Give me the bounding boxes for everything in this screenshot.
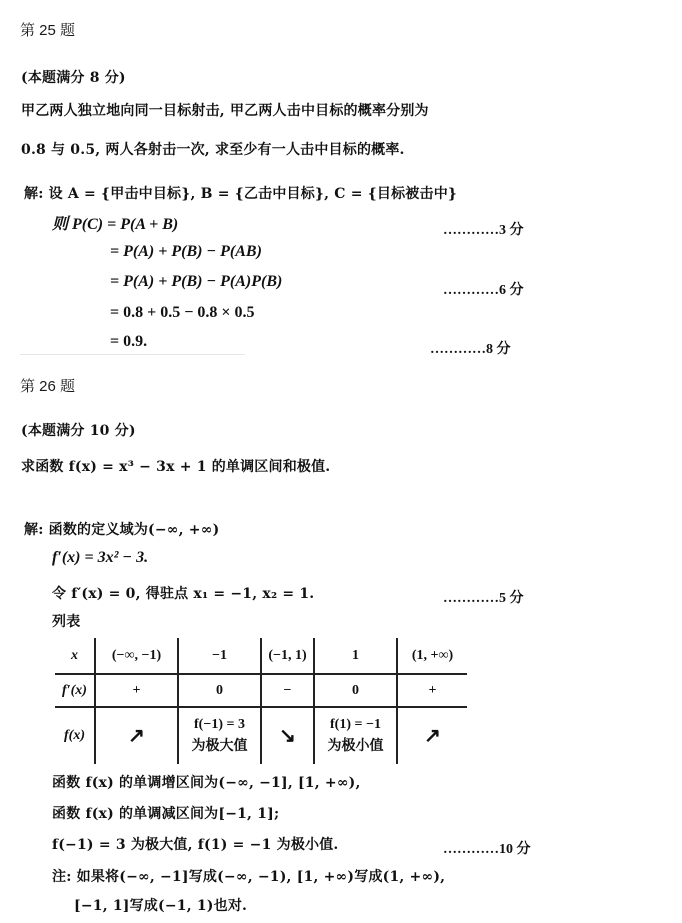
scan-edge-divider bbox=[20, 354, 245, 355]
q25-solution-line3: = P(A) + P(B) − P(AB) bbox=[110, 243, 262, 261]
table-max-cell: f(−1) = 3 为极大值 bbox=[179, 708, 260, 764]
table-derivative-label: f′(x) bbox=[55, 675, 94, 706]
table-header-cell: (−1, 1) bbox=[262, 638, 313, 673]
q25-solution-line5: = 0.8 + 0.5 − 0.8 × 0.5 bbox=[110, 304, 254, 322]
q25-solution-line1: 解: 设 A = {甲击中目标}, B = {乙击中目标}, C = {目标被击… bbox=[24, 183, 457, 203]
q26-score-10: …………10 分 bbox=[443, 838, 531, 858]
q26-solution-line4: 列表 bbox=[52, 611, 80, 631]
q25-heading: 第 25 题 bbox=[20, 19, 75, 40]
table-derivative-cell: − bbox=[262, 675, 313, 706]
q26-score-5: …………5 分 bbox=[443, 587, 524, 607]
table-min-cell: f(1) = −1 为极小值 bbox=[315, 708, 396, 764]
q25-problem-line2: 0.8 与 0.5, 两人各射击一次, 求至少有一人击中目标的概率. bbox=[21, 139, 405, 159]
q25-solution-line6: = 0.9. bbox=[110, 333, 147, 351]
table-function-label: f(x) bbox=[55, 708, 94, 764]
q26-solution-line3: 令 f′(x) = 0, 得驻点 x₁ = −1, x₂ = 1. bbox=[52, 583, 314, 603]
q25-solution-line2: 则 P(C) = P(A + B) bbox=[52, 211, 178, 234]
q26-points-note: (本题满分 10 分) bbox=[21, 420, 136, 440]
q25-score-8: …………8 分 bbox=[430, 338, 511, 358]
q26-solution-line7: f(−1) = 3 为极大值, f(1) = −1 为极小值. bbox=[52, 834, 339, 854]
decreasing-arrow-icon: ↘ bbox=[262, 708, 313, 764]
table-header-cell: (−∞, −1) bbox=[96, 638, 177, 673]
q25-score-6: …………6 分 bbox=[443, 279, 524, 299]
table-derivative-cell: + bbox=[96, 675, 177, 706]
q26-note-line2: [−1, 1]写成(−1, 1)也对. bbox=[74, 895, 247, 915]
table-header-cell: −1 bbox=[179, 638, 260, 673]
q25-points-note: (本题满分 8 分) bbox=[21, 67, 126, 87]
table-derivative-cell: 0 bbox=[179, 675, 260, 706]
q25-score-3: …………3 分 bbox=[443, 219, 524, 239]
variation-table: x (−∞, −1) −1 (−1, 1) 1 (1, +∞) f′(x) + … bbox=[55, 638, 467, 764]
increasing-arrow-icon: ↗ bbox=[398, 708, 467, 764]
q26-problem: 求函数 f(x) = x³ − 3x + 1 的单调区间和极值. bbox=[21, 456, 330, 476]
q26-solution-line6: 函数 f(x) 的单调减区间为[−1, 1]; bbox=[52, 803, 279, 823]
table-header-cell: 1 bbox=[315, 638, 396, 673]
table-derivative-cell: + bbox=[398, 675, 467, 706]
q25-solution-line4: = P(A) + P(B) − P(A)P(B) bbox=[110, 273, 282, 291]
q26-solution-line1: 解: 函数的定义域为(−∞, +∞) bbox=[24, 519, 219, 539]
q25-problem-line1: 甲乙两人独立地向同一目标射击, 甲乙两人击中目标的概率分别为 bbox=[21, 100, 429, 120]
increasing-arrow-icon: ↗ bbox=[96, 708, 177, 764]
q26-heading: 第 26 题 bbox=[20, 375, 75, 396]
table-header-cell: x bbox=[55, 638, 94, 673]
q26-solution-line5: 函数 f(x) 的单调增区间为(−∞, −1], [1, +∞), bbox=[52, 772, 361, 792]
table-derivative-cell: 0 bbox=[315, 675, 396, 706]
table-header-cell: (1, +∞) bbox=[398, 638, 467, 673]
q26-note-line1: 注: 如果将(−∞, −1]写成(−∞, −1), [1, +∞)写成(1, +… bbox=[52, 866, 445, 886]
q26-solution-line2: f′(x) = 3x² − 3. bbox=[52, 549, 148, 567]
